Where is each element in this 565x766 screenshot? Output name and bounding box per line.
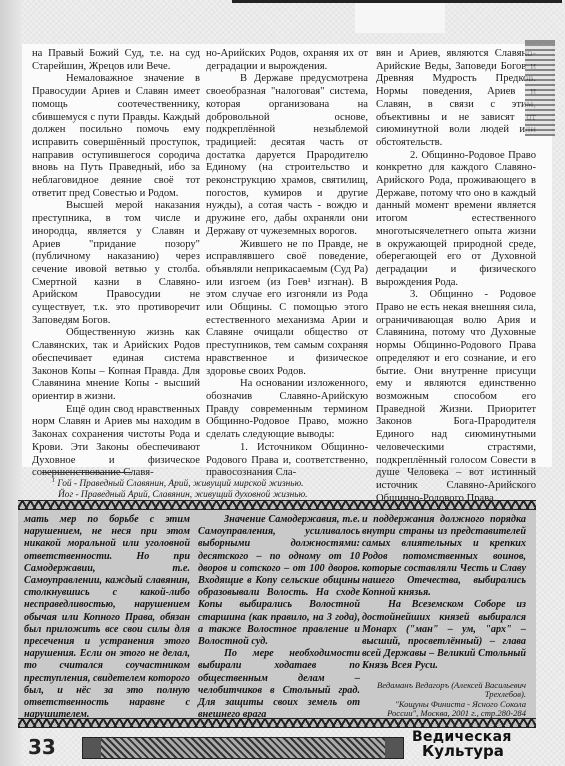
paragraph: мать мер по борьбе с этим нарушением, не… xyxy=(24,514,190,721)
paragraph: и поддержания должного порядка внутри ст… xyxy=(362,514,526,599)
main-article: на Правый Божий Суд, т.е. на суд Старейш… xyxy=(22,44,552,467)
footnote-rule xyxy=(42,472,132,473)
sidebar-column-1: мать мер по борьбе с этим нарушением, не… xyxy=(24,514,190,721)
paragraph: На основании изложенного, обозначив Слав… xyxy=(206,378,368,442)
citation-author: Ведаманъ Ведагоръ (Алексей Васильевич Тр… xyxy=(377,680,526,700)
braid-border-top-icon xyxy=(18,500,536,510)
sidebar-column-2: Значение Самодержавия, т.е. Самоуправлен… xyxy=(198,514,360,721)
article-column-3: вян и Ариев, являются Славяно-Арийские В… xyxy=(376,48,536,505)
paragraph: 2. Общинно-Родовое Право конкретно для к… xyxy=(376,150,536,290)
paragraph: Ещё один свод нравственных норм Славян и… xyxy=(32,404,200,480)
paragraph: В Державе предусмотрена своеобразная "на… xyxy=(206,73,368,238)
paragraph: Значение Самодержавия, т.е. Самоуправлен… xyxy=(198,514,360,648)
braid-border-bottom-icon xyxy=(18,718,536,728)
paragraph: 1. Источником Общинно-Родового Права и, … xyxy=(206,442,368,480)
paragraph: 3. Общинно - Родовое Право не есть некая… xyxy=(376,289,536,505)
article-column-1: на Правый Божий Суд, т.е. на суд Старейш… xyxy=(32,48,200,480)
paragraph: Немаловажное значение в Правосудии Ариев… xyxy=(32,73,200,200)
paragraph: Общественную жизнь как Славянских, так и… xyxy=(32,327,200,403)
footnote-marker: 1 xyxy=(52,478,55,484)
footnote: 1 Гой - Праведный Славянин, Арий, живущи… xyxy=(52,476,352,501)
knot-icon xyxy=(385,738,403,758)
magazine-logo: Ведическая Культура xyxy=(412,730,532,764)
paragraph: на Правый Божий Суд, т.е. на суд Старейш… xyxy=(32,48,200,73)
paragraph: но-Арийских Родов, охраняя их от деграда… xyxy=(206,48,368,73)
article-column-2: но-Арийских Родов, охраняя их от деграда… xyxy=(206,48,368,480)
paragraph: Высшей мерой наказания преступника, в то… xyxy=(32,200,200,327)
paragraph: Жившего не по Правде, не исправлявшего с… xyxy=(206,239,368,379)
page-number: 33 xyxy=(28,735,56,759)
paragraph: На Всеземском Соборе из достойнейших кня… xyxy=(362,599,526,672)
sidebar-column-3: и поддержания должного порядка внутри ст… xyxy=(362,514,526,719)
meander-ornament-icon xyxy=(525,40,555,136)
paragraph: По мере необходимости выбирали ходатаев … xyxy=(198,648,360,721)
footnote-line-1: 1 Гой - Праведный Славянин, Арий, живущи… xyxy=(52,476,352,490)
sidebar-box: мать мер по борьбе с этим нарушением, не… xyxy=(18,500,536,728)
paragraph: вян и Ариев, являются Славяно-Арийские В… xyxy=(376,48,536,150)
logo-line-2: Культура xyxy=(412,744,532,758)
ornamental-band-icon xyxy=(82,737,404,759)
top-paper-patch xyxy=(355,3,445,33)
citation: Ведаманъ Ведагоръ (Алексей Васильевич Тр… xyxy=(362,681,526,719)
knot-icon xyxy=(83,738,101,758)
citation-source: "Кощуны Финиста - Ясного Сокола России",… xyxy=(387,699,526,719)
